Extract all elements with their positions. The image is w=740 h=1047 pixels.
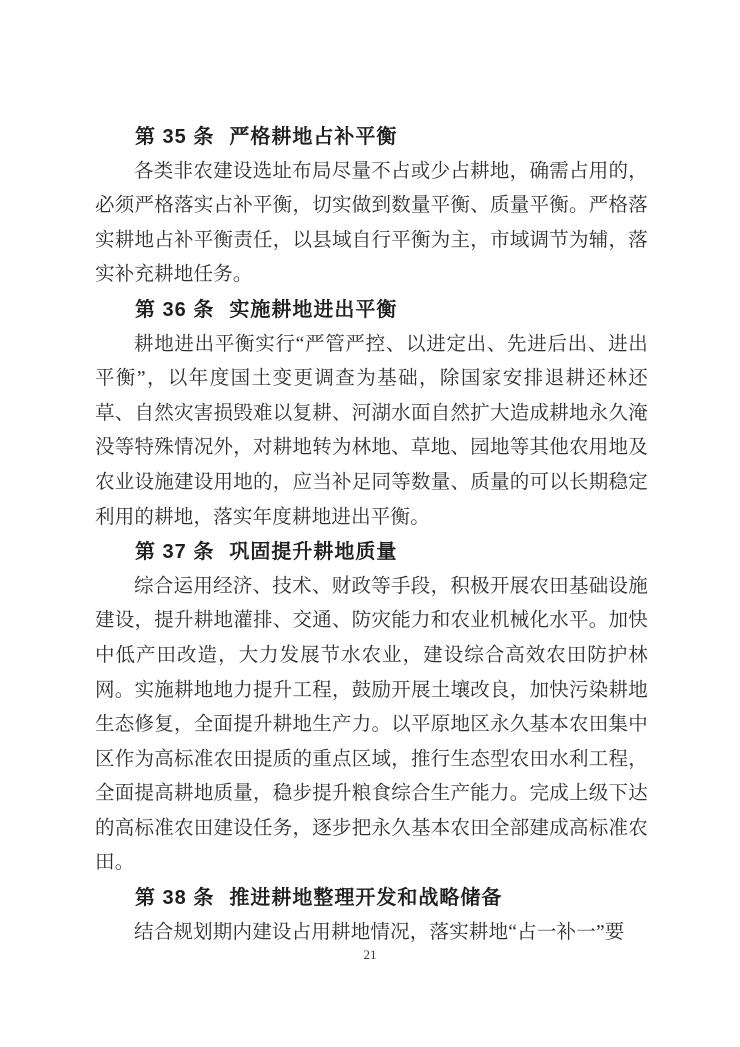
article-37-paragraph: 综合运用经济、技术、财政等手段，积极开展农田基础设施建设，提升耕地灌排、交通、防… — [95, 570, 648, 881]
article-38-title: 推进耕地整理开发和战略储备 — [229, 887, 502, 909]
article-37-title: 巩固提升耕地质量 — [229, 541, 397, 563]
article-35-heading: 第 35 条严格耕地占补平衡 — [95, 120, 648, 155]
article-36-title: 实施耕地进出平衡 — [229, 299, 397, 321]
section-article-36: 第 36 条实施耕地进出平衡 耕地进出平衡实行“严管严控、以进定出、先进后出、进… — [95, 293, 648, 535]
section-article-35: 第 35 条严格耕地占补平衡 各类非农建设选址布局尽量不占或少占耕地，确需占用的… — [95, 120, 648, 293]
article-38-number: 第 38 条 — [135, 887, 214, 909]
document-body: 第 35 条严格耕地占补平衡 各类非农建设选址布局尽量不占或少占耕地，确需占用的… — [95, 120, 648, 950]
article-36-heading: 第 36 条实施耕地进出平衡 — [95, 293, 648, 328]
article-37-heading: 第 37 条巩固提升耕地质量 — [95, 535, 648, 570]
article-36-paragraph: 耕地进出平衡实行“严管严控、以进定出、先进后出、进出平衡”，以年度国土变更调查为… — [95, 328, 648, 536]
section-article-38: 第 38 条推进耕地整理开发和战略储备 结合规划期内建设占用耕地情况，落实耕地“… — [95, 881, 648, 950]
article-38-heading: 第 38 条推进耕地整理开发和战略储备 — [95, 881, 648, 916]
article-38-paragraph: 结合规划期内建设占用耕地情况，落实耕地“占一补一”要 — [95, 916, 648, 951]
article-36-number: 第 36 条 — [135, 299, 214, 321]
article-35-title: 严格耕地占补平衡 — [229, 126, 397, 148]
page-number: 21 — [0, 947, 740, 963]
article-37-number: 第 37 条 — [135, 541, 214, 563]
article-35-paragraph: 各类非农建设选址布局尽量不占或少占耕地，确需占用的，必须严格落实占补平衡，切实做… — [95, 155, 648, 293]
article-35-number: 第 35 条 — [135, 126, 214, 148]
document-page: 第 35 条严格耕地占补平衡 各类非农建设选址布局尽量不占或少占耕地，确需占用的… — [0, 0, 740, 1047]
section-article-37: 第 37 条巩固提升耕地质量 综合运用经济、技术、财政等手段，积极开展农田基础设… — [95, 535, 648, 881]
